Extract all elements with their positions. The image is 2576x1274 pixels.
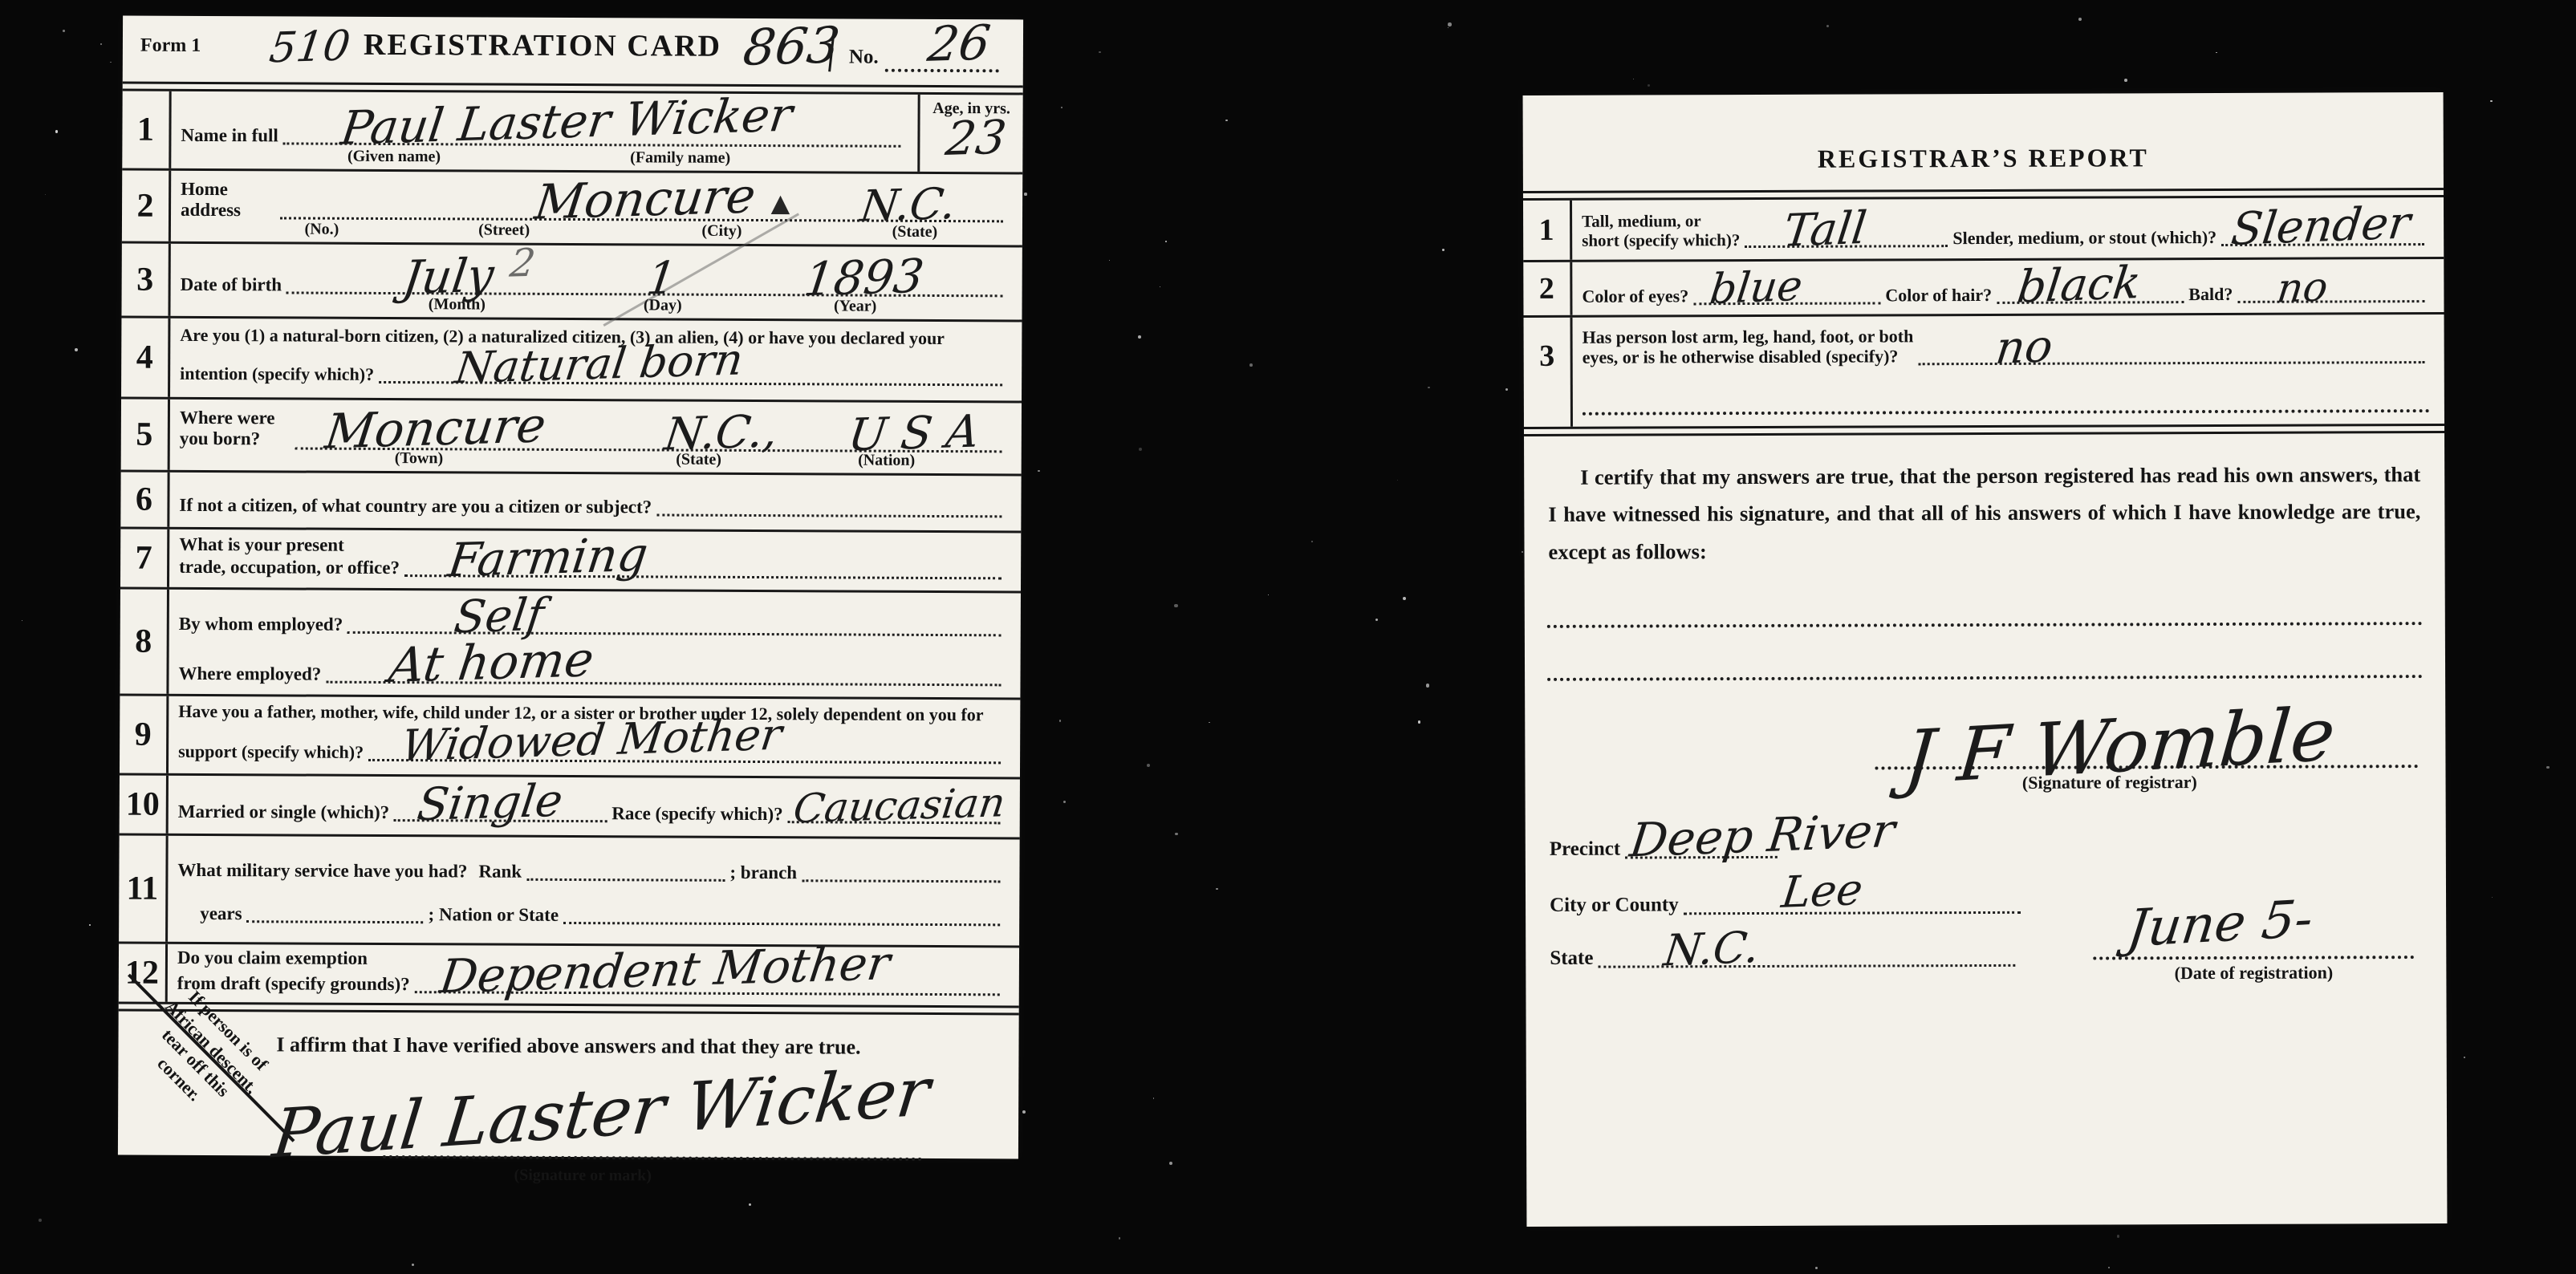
pencil-mark: 2 — [509, 249, 537, 278]
answer-line: Color of eyes? blue Color of hair? black… — [1582, 284, 2429, 306]
eyes-label: Color of eyes? — [1582, 287, 1688, 307]
speck — [1022, 1110, 1026, 1114]
row-number: 9 — [120, 696, 169, 773]
speck — [1099, 51, 1100, 53]
handwritten-where-employed: At home — [387, 642, 595, 684]
speck — [2108, 1267, 2110, 1268]
speck — [1403, 597, 1406, 600]
dotted-line: no — [1918, 359, 2424, 365]
speck — [412, 1264, 414, 1266]
speck — [1826, 25, 1829, 27]
speck — [1648, 84, 1650, 87]
dotted-line: blue — [1693, 299, 1880, 305]
field-employer: 8 By whom employed? Self Where employed?… — [120, 590, 1021, 700]
sublabel-street: (Street) — [478, 221, 530, 239]
row-number: 12 — [119, 944, 168, 1002]
registrant-signature-handwritten: Paul Laster Wicker — [270, 1067, 932, 1160]
field-dependents: 9 Have you a father, mother, wife, child… — [120, 696, 1020, 780]
signature-area: Paul Laster Wicker (Signature or mark) — [118, 1057, 1019, 1197]
handwritten-bald: no — [2275, 272, 2329, 304]
row-number: 10 — [120, 776, 169, 834]
row-number: 11 — [119, 836, 169, 942]
dotted-line: black — [1997, 298, 2184, 304]
speck — [1249, 363, 1253, 367]
row-body: Where were you born? Moncure N.C., U S A… — [170, 400, 1022, 474]
row-number: 1 — [1523, 201, 1572, 260]
dotted-line: At home — [326, 679, 1001, 687]
city-county-label: City or County — [1550, 894, 1679, 917]
city-county-line: City or County Lee — [1550, 893, 2025, 917]
card-number-handwritten: 26 — [925, 19, 993, 69]
answer-line: support (specify which)? Widowed Mother — [178, 741, 1006, 765]
field-citizenship: 4 Are you (1) a natural-born citizen, (2… — [121, 318, 1022, 404]
field-label: Where employed? — [178, 663, 321, 685]
handwritten-year: 1893 — [802, 258, 926, 297]
date-block: June 5- (Date of registration) — [2093, 895, 2414, 984]
speck — [1024, 193, 1026, 195]
date-label: (Date of registration) — [2093, 962, 2414, 984]
dotted-line: Slender — [2221, 241, 2424, 246]
speck — [2117, 1235, 2120, 1238]
question-line-2: from draft (specify grounds)? — [177, 973, 410, 995]
field-home-address: 2 Home address Moncure ▲ N.C. (No.) (Str… — [122, 171, 1022, 248]
speck — [1174, 604, 1177, 607]
row-body: Color of eyes? blue Color of hair? black… — [1572, 259, 2444, 315]
speck — [1061, 107, 1062, 108]
height-label: Tall, medium, or short (specify which)? — [1582, 211, 1740, 250]
state-label: State — [1550, 947, 1593, 970]
dotted-line — [563, 919, 1000, 926]
row-body: Tall, medium, or short (specify which)? … — [1572, 197, 2444, 260]
race-label: Race (specify which)? — [611, 803, 782, 825]
speck — [1225, 120, 1228, 122]
field-marital-race: 10 Married or single (which)? Single Rac… — [120, 776, 1020, 840]
question-line-1: What is your present — [179, 534, 344, 556]
speck — [1815, 1267, 1818, 1269]
handwritten-nation: U S A — [847, 416, 981, 453]
speck — [110, 62, 111, 63]
speck — [1216, 888, 1217, 890]
handwritten-marital: Single — [416, 785, 565, 822]
speck — [1426, 684, 1429, 687]
speck — [1633, 79, 1634, 79]
speck — [1138, 335, 1141, 339]
speck — [2490, 100, 2493, 103]
speck — [2464, 1057, 2465, 1058]
row-body: Name in full Paul Laster Wicker (Given n… — [171, 91, 1022, 172]
handwritten-date: June 5- — [2125, 900, 2314, 949]
field-occupation: 7 What is your present trade, occupation… — [120, 529, 1021, 594]
row-number: 7 — [120, 529, 169, 587]
answer-line-where-employed: Where employed? At home — [178, 663, 1006, 688]
dotted-line: Single — [394, 817, 607, 822]
sublabels: (Given name) (Family name) — [181, 147, 905, 169]
row-body: Are you (1) a natural-born citizen, (2) … — [170, 318, 1022, 401]
field-label: Home address — [181, 179, 241, 221]
handwritten-exemption: Dependent Mother — [438, 946, 892, 994]
handwritten-employer: Self — [453, 598, 546, 635]
nation-label: ; Nation or State — [429, 904, 559, 925]
hair-label: Color of hair? — [1885, 286, 1992, 306]
handwritten-precinct: Deep River — [1628, 813, 1897, 858]
speck — [2124, 79, 2127, 82]
service-line: What military service have you had? Rank… — [177, 860, 1005, 884]
speck — [2078, 18, 2082, 21]
answer-line: Name in full Paul Laster Wicker — [181, 125, 905, 149]
registrar-signature-handwritten: J F Womble — [1903, 707, 2338, 786]
speck — [1139, 448, 1142, 451]
speck — [1522, 551, 1523, 553]
speck — [1153, 1098, 1155, 1099]
speck — [1175, 833, 1178, 836]
question: What military service have you had? — [177, 860, 467, 882]
speck — [1109, 260, 1110, 261]
speck — [89, 924, 91, 926]
speck — [1311, 541, 1313, 542]
field-military-service: 11 What military service have you had? R… — [119, 836, 1020, 948]
precinct-line: Precinct Deep River — [1550, 838, 1782, 861]
speck — [1038, 470, 1040, 473]
speck — [45, 194, 46, 195]
row-body: Do you claim exemption from draft (speci… — [168, 944, 1019, 1006]
field-label: By whom employed? — [179, 614, 343, 635]
dotted-line: no — [2237, 298, 2424, 303]
age-box: Age, in yrs. 23 — [917, 95, 1022, 172]
handwritten-state: N.C., — [663, 415, 780, 452]
dotted-line: Deep River — [1625, 854, 1778, 859]
dotted-line: Lee — [1684, 909, 2021, 915]
dotted-line — [247, 918, 424, 923]
field-exemption: 12 Do you claim exemption from draft (sp… — [119, 944, 1019, 1006]
speck — [1209, 722, 1209, 723]
field-label: Date of birth — [181, 274, 282, 295]
dotted-line: Tall — [1745, 242, 1948, 248]
speck — [1063, 801, 1066, 803]
answer-line: trade, occupation, or office? Farming — [179, 557, 1006, 581]
question-line-1: Do you claim exemption — [177, 947, 368, 969]
row-body: Home address Moncure ▲ N.C. (No.) (Stree… — [171, 171, 1022, 245]
dotted-line — [526, 876, 725, 882]
dotted-line — [1583, 406, 2430, 416]
field-label: Name in full — [181, 125, 278, 146]
report-title: REGISTRAR’S REPORT — [1523, 92, 2444, 191]
handwritten-age: 23 — [944, 120, 1008, 157]
row-body: Have you a father, mother, wife, child u… — [169, 696, 1020, 777]
question-line-2: trade, occupation, or office? — [179, 557, 400, 578]
row-number: 1 — [122, 91, 171, 168]
handwritten-race: Caucasian — [792, 788, 1007, 824]
speck — [1448, 22, 1451, 26]
answer-line: Married or single (which)? Single Race (… — [178, 801, 1006, 826]
years-line: years ; Nation or State — [200, 903, 1005, 927]
row-number: 3 — [1524, 318, 1573, 427]
handwritten-city: Moncure — [533, 179, 758, 221]
form-label: Form 1 — [140, 35, 201, 57]
dotted-line: Natural born — [379, 379, 1002, 386]
speck — [2492, 897, 2493, 898]
speck — [1505, 388, 1508, 391]
row-number: 4 — [121, 318, 170, 397]
handwritten-city-county: Lee — [1780, 874, 1864, 909]
answer-line: If not a citizen, of what country are yo… — [179, 495, 1006, 519]
bald-label: Bald? — [2188, 285, 2233, 305]
sublabel-family-name: (Family name) — [630, 148, 730, 168]
field-disability: 3 Has person lost arm, leg, hand, foot, … — [1524, 314, 2444, 427]
caret-mark: ▲ — [765, 185, 797, 222]
registrars-report: REGISTRAR’S REPORT 1 Tall, medium, or sh… — [1523, 92, 2448, 1227]
handwritten-disability: no — [1994, 330, 2054, 366]
row-body: By whom employed? Self Where employed? A… — [169, 590, 1021, 698]
answer-line: Has person lost arm, leg, hand, foot, or… — [1583, 324, 2430, 367]
speck — [1165, 241, 1167, 242]
registrar-signature-area: J F Womble (Signature of registrar) — [1525, 678, 2446, 801]
handwritten-eye-color: blue — [1709, 271, 1804, 306]
dotted-line — [802, 877, 1000, 882]
handwritten-month: July — [401, 258, 496, 295]
answer-line: from draft (specify grounds)? Dependent … — [177, 973, 1005, 997]
years-label: years — [200, 903, 242, 924]
speck — [1147, 764, 1150, 767]
handwritten-hair-color: black — [2016, 266, 2143, 305]
field-name-in-full: 1 Name in full Paul Laster Wicker (Given… — [122, 91, 1022, 175]
speck — [55, 130, 59, 133]
handwritten-citizenship: Natural born — [453, 343, 745, 384]
speck — [1119, 1237, 1120, 1239]
row-body: Date of birth July 2 1 1893 (Month) (Day… — [170, 244, 1022, 320]
row-body: What is your present trade, occupation, … — [169, 529, 1021, 591]
speck — [1169, 1162, 1172, 1165]
speck — [1059, 720, 1061, 721]
precinct-label: Precinct — [1550, 838, 1620, 861]
handwritten-height: Tall — [1782, 212, 1868, 249]
speck — [1418, 720, 1421, 724]
stamp-number-handwritten: 863 — [741, 20, 843, 73]
handwritten-state: N.C. — [859, 188, 957, 223]
speck — [1448, 27, 1448, 28]
rank-label: Rank — [478, 862, 522, 882]
speck — [1397, 480, 1399, 481]
disability-question: Has person lost arm, leg, hand, foot, or… — [1583, 326, 1914, 367]
row-number: 2 — [122, 171, 171, 241]
build-label: Slender, medium, or stout (which)? — [1952, 228, 2216, 249]
row-number: 6 — [120, 473, 169, 527]
field-label: Where were you born? — [180, 408, 275, 449]
microfilm-scan: Form 1 510 REGISTRATION CARD 863 No. 26 … — [0, 0, 2576, 1274]
state-line: State N.C. — [1550, 946, 2020, 970]
row-number: 8 — [120, 590, 169, 694]
row-body: Married or single (which)? Single Race (… — [169, 776, 1020, 838]
dotted-line: Caucasian — [788, 818, 1001, 824]
speck — [1268, 594, 1269, 595]
row-number: 3 — [121, 244, 170, 316]
registration-card-header: Form 1 510 REGISTRATION CARD 863 No. 26 — [123, 16, 1023, 86]
branch-label: ; branch — [729, 862, 797, 883]
location-fields: Precinct Deep River City or County Lee S… — [1526, 798, 2447, 1066]
signature-label: (Signature or mark) — [514, 1166, 652, 1186]
field-date-of-birth: 3 Date of birth July 2 1 1893 (Month) (D… — [121, 244, 1022, 323]
dotted-line — [656, 511, 1002, 517]
speck — [1442, 249, 1444, 251]
question-line-2: support (specify which)? — [178, 741, 364, 763]
handwritten-town: Moncure — [323, 408, 548, 450]
speck — [22, 620, 22, 621]
answer-line: intention (specify which)? Natural born — [180, 363, 1007, 387]
no-label: No. — [849, 47, 879, 69]
handwritten-occupation: Farming — [446, 537, 649, 578]
field-birthplace: 5 Where were you born? Moncure N.C., U S… — [121, 400, 1022, 477]
row-body: What military service have you had? Rank… — [168, 836, 1020, 946]
speck — [63, 30, 64, 31]
speck — [75, 348, 78, 351]
dotted-line: Widowed Mother — [368, 757, 1001, 764]
speck — [2216, 52, 2217, 54]
field-foreign-citizen: 6 If not a citizen, of what country are … — [120, 473, 1021, 534]
row-body: If not a citizen, of what country are yo… — [169, 473, 1021, 531]
registration-card: Form 1 510 REGISTRATION CARD 863 No. 26 … — [118, 16, 1023, 1159]
field-eyes-hair: 2 Color of eyes? blue Color of hair? bla… — [1523, 259, 2444, 318]
row-body: Has person lost arm, leg, hand, foot, or… — [1573, 314, 2444, 427]
dotted-line: Self — [347, 629, 1002, 637]
handwritten-name: Paul Laster Wicker — [339, 97, 794, 146]
question: If not a citizen, of what country are yo… — [179, 495, 652, 517]
handwritten-dependents: Widowed Mother — [400, 718, 783, 762]
speck — [1375, 619, 1378, 621]
row-number: 2 — [1523, 262, 1572, 315]
field-build: 1 Tall, medium, or short (specify which)… — [1523, 197, 2444, 262]
handwritten-state: N.C. — [1662, 931, 1761, 968]
speck — [2546, 766, 2550, 769]
speck — [1428, 387, 1429, 388]
sublabel-no: (No.) — [305, 221, 339, 239]
question-line-2: intention (specify which)? — [180, 363, 374, 385]
dotted-line — [1547, 619, 2423, 628]
answer-line: Tall, medium, or short (specify which)? … — [1582, 209, 2429, 250]
serial-number-handwritten: 510 — [267, 25, 352, 69]
certification-statement: I certify that my answers are true, that… — [1548, 456, 2420, 570]
dotted-line: Farming — [404, 572, 1002, 579]
speck — [39, 1219, 42, 1222]
dotted-line: Paul Laster Wicker — [283, 140, 901, 147]
row-number: 5 — [121, 400, 170, 470]
card-title: REGISTRATION CARD — [364, 28, 721, 63]
speck — [749, 1203, 751, 1206]
dotted-line: Dependent Mother — [415, 988, 1000, 996]
speck — [1160, 286, 1160, 287]
marital-label: Married or single (which)? — [178, 801, 390, 823]
speck — [100, 43, 102, 45]
handwritten-day: 1 — [644, 262, 677, 296]
dotted-line: N.C. — [1598, 962, 2015, 968]
handwritten-build: Slender — [2229, 206, 2411, 246]
